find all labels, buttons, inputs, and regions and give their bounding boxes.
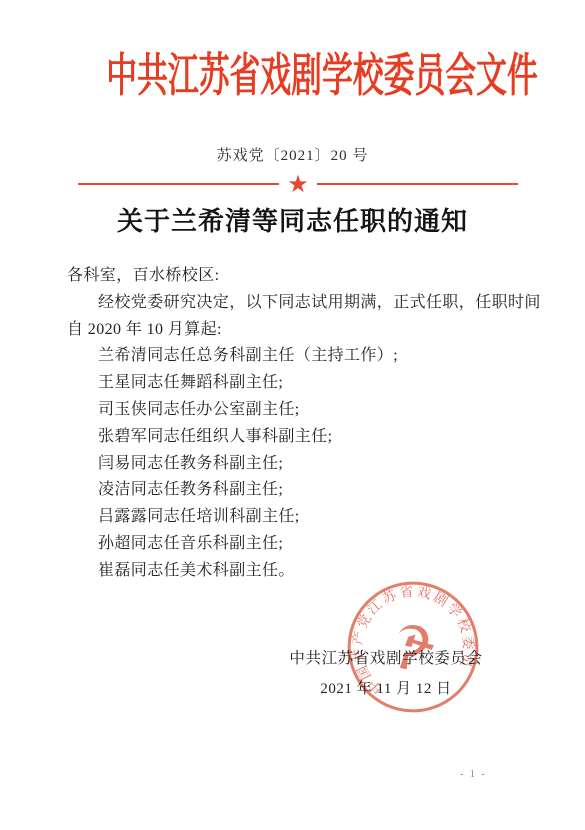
body-line: 张碧军同志任组织人事科副主任; — [67, 424, 527, 451]
document-title: 关于兰希清等同志任职的通知 — [0, 201, 585, 238]
red-divider: ★ — [78, 174, 518, 194]
body-line: 兰希清同志任总务科副主任（主持工作）; — [67, 343, 527, 370]
body-line: 凌洁同志任教务科副主任; — [67, 477, 527, 504]
body-line: 闫易同志任教务科副主任; — [67, 451, 527, 478]
document-number: 苏戏党〔2021〕20 号 — [0, 144, 585, 165]
page-number: - 1 - — [460, 769, 487, 780]
red-divider-right-line — [317, 183, 518, 185]
body-line: 吕露露同志任培训科副主任; — [67, 504, 527, 531]
red-divider-left-line — [78, 183, 279, 185]
signature-block: 中共江苏省戏剧学校委员会 2021 年 11 月 12 日 — [281, 646, 491, 698]
body-line: 孙超同志任音乐科副主任; — [67, 531, 527, 558]
body-line: 崔磊同志任美术科副主任。 — [67, 558, 527, 585]
body-line: 王星同志任舞蹈科副主任; — [67, 370, 527, 397]
body-line: 各科室，百水桥校区: — [67, 263, 527, 290]
body-line: 司玉侠同志任办公室副主任; — [67, 397, 527, 424]
star-icon: ★ — [287, 174, 309, 194]
body-line: 自 2020 年 10 月算起: — [67, 317, 527, 344]
letterhead-title: 中共江苏省戏剧学校委员会文件 — [106, 50, 537, 103]
document-body: 各科室，百水桥校区: 经校党委研究决定，以下同志试用期满，正式任职，任职时间 自… — [67, 263, 527, 585]
body-line: 经校党委研究决定，以下同志试用期满，正式任职，任职时间 — [67, 290, 527, 317]
issuer-signature: 中共江苏省戏剧学校委员会 — [281, 646, 491, 668]
document-page: 中共江苏省戏剧学校委员会文件 苏戏党〔2021〕20 号 ★ 关于兰希清等同志任… — [0, 0, 585, 830]
letterhead: 中共江苏省戏剧学校委员会文件 — [0, 50, 585, 103]
issue-date: 2021 年 11 月 12 日 — [281, 677, 491, 698]
